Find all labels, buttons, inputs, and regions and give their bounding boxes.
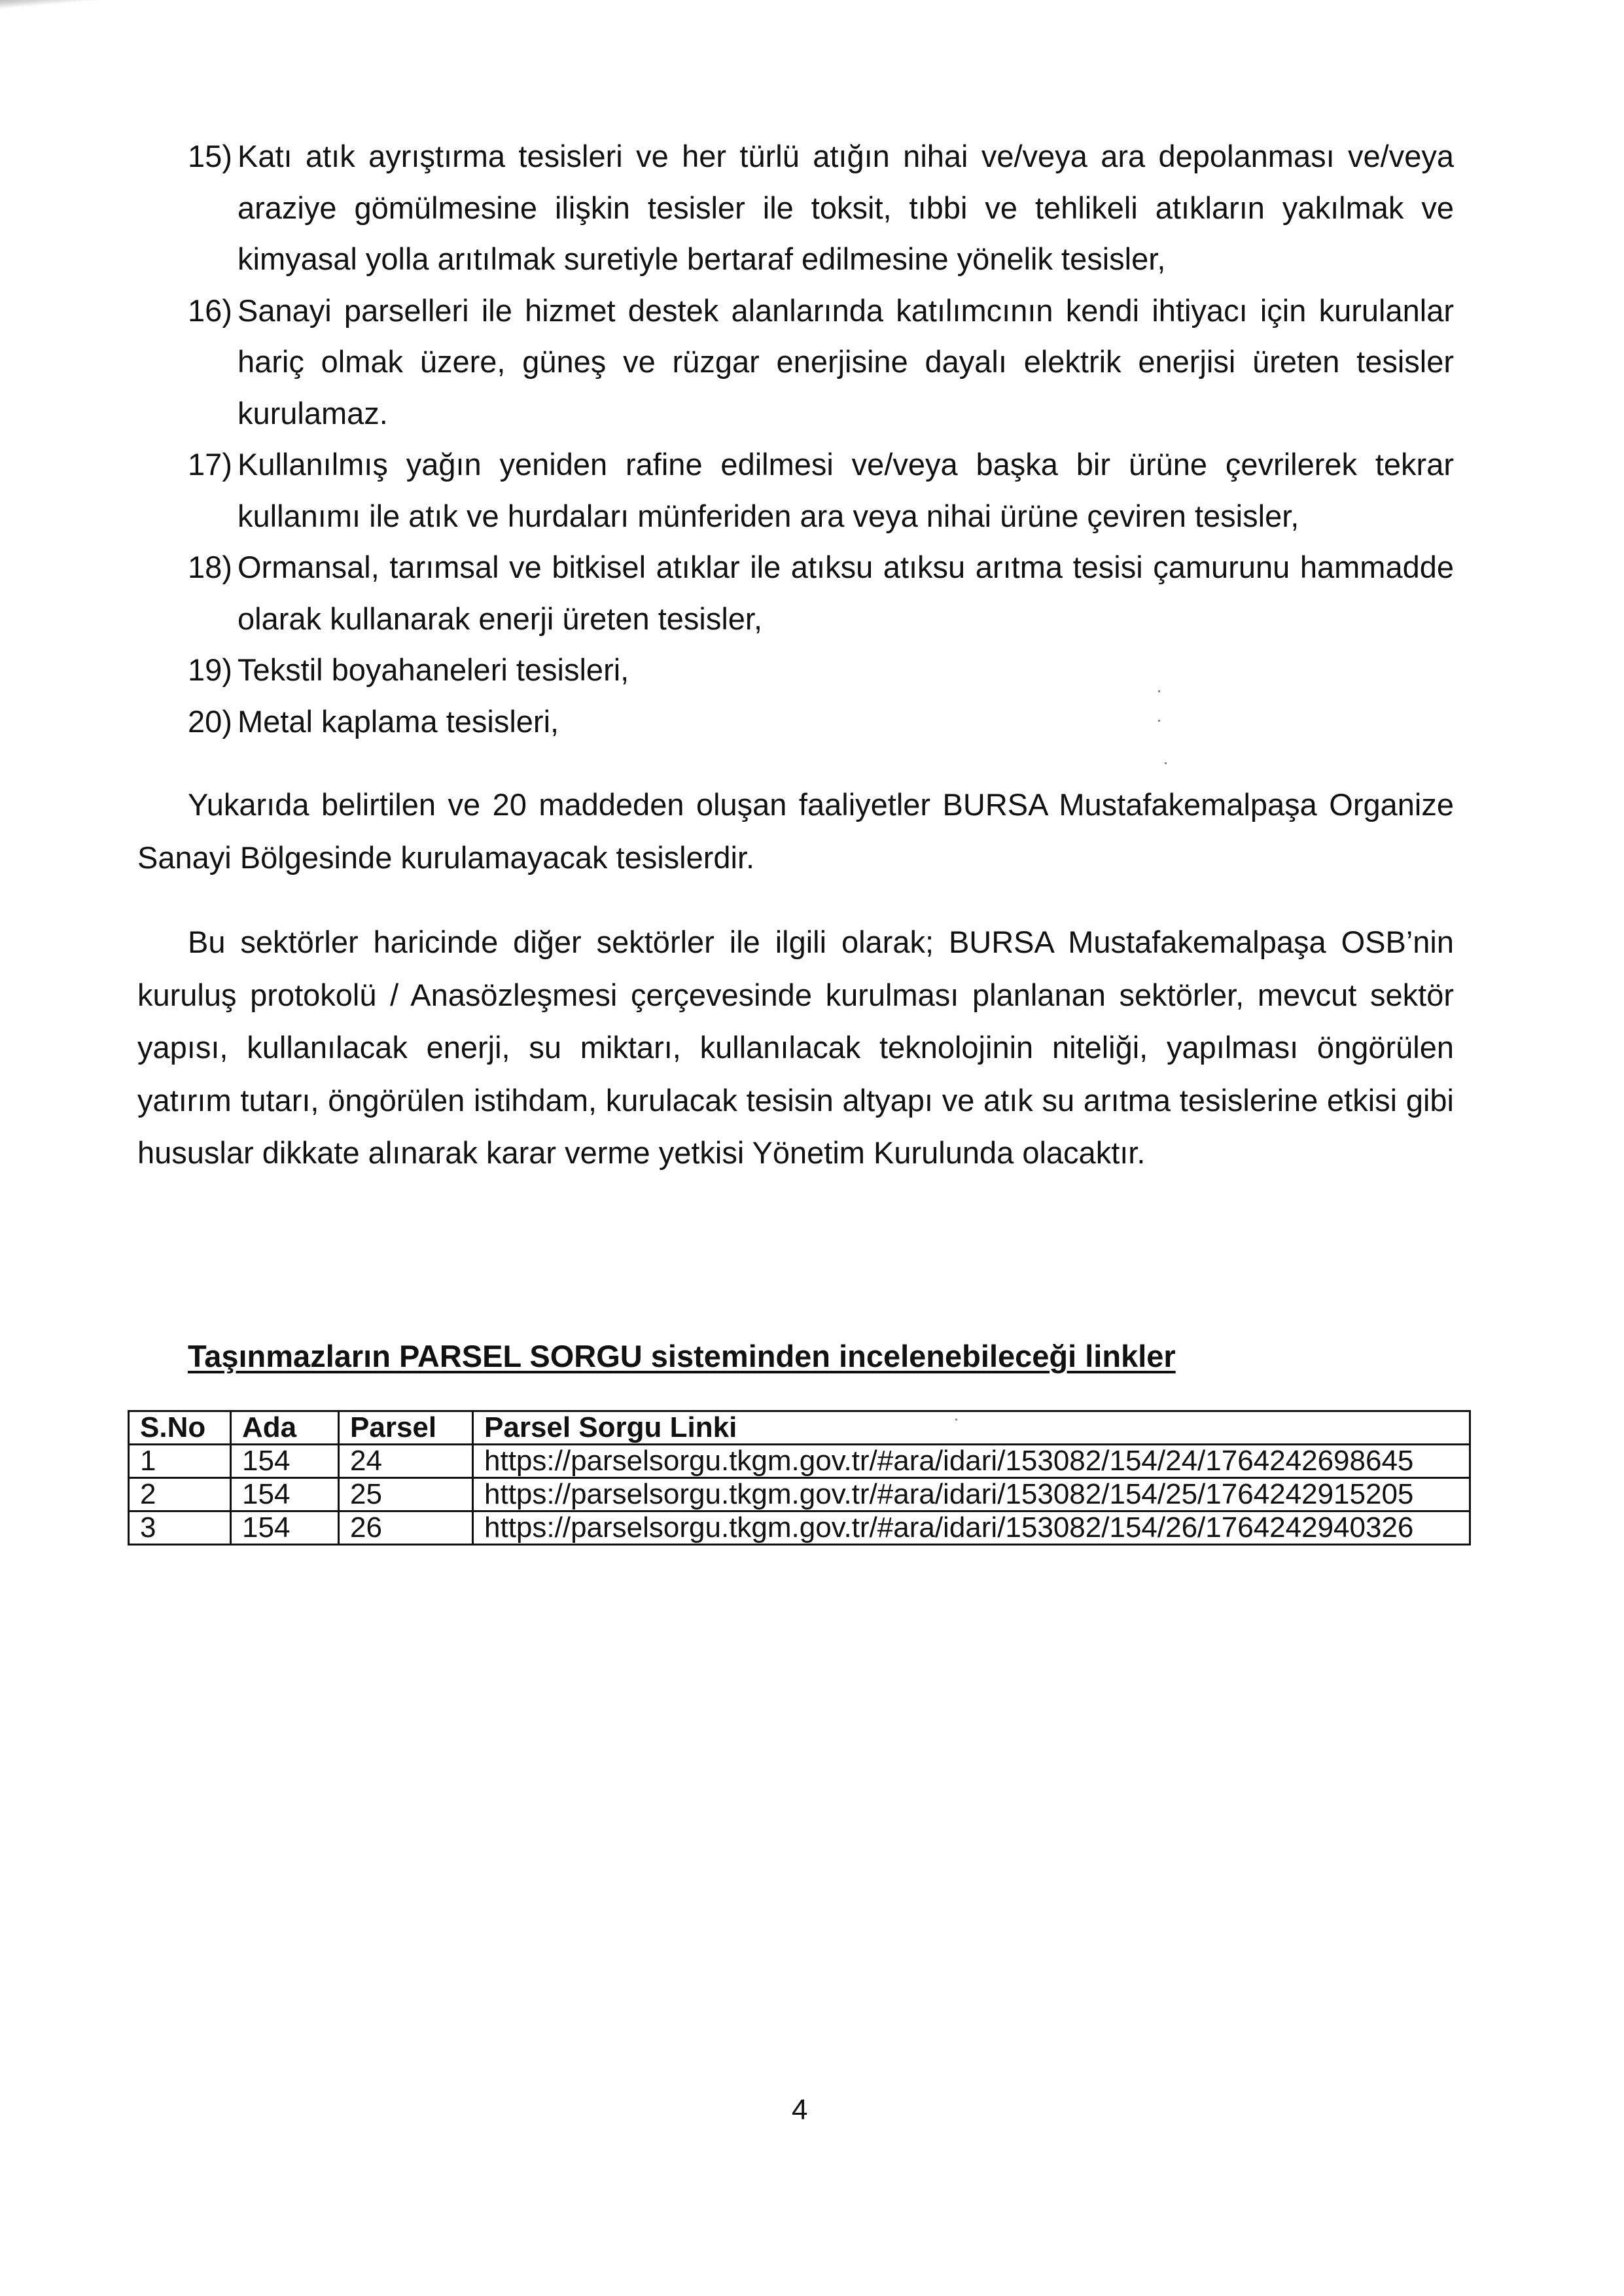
list-item-number: 15) [188, 131, 232, 183]
table-row: 1 154 24 https://parselsorgu.tkgm.gov.tr… [129, 1445, 1470, 1478]
list-item-text: Katı atık ayrıştırma tesisleri ve her tü… [238, 131, 1454, 285]
cell-link[interactable]: https://parselsorgu.tkgm.gov.tr/#ara/ida… [473, 1478, 1470, 1511]
table-row: 3 154 26 https://parselsorgu.tkgm.gov.tr… [129, 1511, 1470, 1545]
cell-sno: 1 [129, 1445, 231, 1478]
cell-link[interactable]: https://parselsorgu.tkgm.gov.tr/#ara/ida… [473, 1511, 1470, 1545]
list-item-number: 20) [188, 696, 232, 748]
column-header-parsel: Parsel [339, 1411, 473, 1445]
page-number: 4 [792, 2094, 807, 2127]
list-item-text: Sanayi parselleri ile hizmet destek alan… [238, 285, 1454, 440]
list-item-number: 18) [188, 542, 232, 593]
cell-ada: 154 [231, 1478, 339, 1511]
list-item-number: 19) [188, 645, 232, 696]
authority-paragraph: Bu sektörler haricinde diğer sektörler i… [137, 916, 1454, 1180]
list-item-number: 17) [188, 439, 232, 491]
list-item: 19) Tekstil boyahaneleri tesisleri, [188, 645, 1454, 696]
column-header-sno: S.No [129, 1411, 231, 1445]
cell-link[interactable]: https://parselsorgu.tkgm.gov.tr/#ara/ida… [473, 1445, 1470, 1478]
parcel-links-table: S.No Ada Parsel Parsel Sorgu Linki 1 154… [128, 1410, 1471, 1545]
list-item: 15) Katı atık ayrıştırma tesisleri ve he… [188, 131, 1454, 285]
cell-parsel: 25 [339, 1478, 473, 1511]
cell-parsel: 24 [339, 1445, 473, 1478]
list-item-text: Metal kaplama tesisleri, [238, 696, 1454, 748]
table-row: 2 154 25 https://parselsorgu.tkgm.gov.tr… [129, 1478, 1470, 1511]
scan-speck [1158, 720, 1160, 722]
table-header-row: S.No Ada Parsel Parsel Sorgu Linki [129, 1411, 1470, 1445]
list-item: 20) Metal kaplama tesisleri, [188, 696, 1454, 748]
list-item: 18) Ormansal, tarımsal ve bitkisel atıkl… [188, 542, 1454, 645]
list-item: 17) Kullanılmış yağın yeniden rafine edi… [188, 439, 1454, 542]
scan-speck [1165, 762, 1167, 764]
list-item-text: Ormansal, tarımsal ve bitkisel atıklar i… [238, 542, 1454, 645]
cell-ada: 154 [231, 1445, 339, 1478]
column-header-ada: Ada [231, 1411, 339, 1445]
cell-ada: 154 [231, 1511, 339, 1545]
cell-sno: 3 [129, 1511, 231, 1545]
list-item-text: Tekstil boyahaneleri tesisleri, [238, 645, 1454, 696]
scan-speck [955, 1419, 957, 1421]
cell-sno: 2 [129, 1478, 231, 1511]
scan-edge-artifact [0, 0, 1624, 17]
prohibited-facilities-list: 15) Katı atık ayrıştırma tesisleri ve he… [188, 131, 1454, 747]
table-heading: Taşınmazların PARSEL SORGU sisteminden i… [188, 1338, 1176, 1374]
column-header-link: Parsel Sorgu Linki [473, 1411, 1470, 1445]
list-item-number: 16) [188, 285, 232, 337]
cell-parsel: 26 [339, 1511, 473, 1545]
list-item: 16) Sanayi parselleri ile hizmet destek … [188, 285, 1454, 440]
list-item-text: Kullanılmış yağın yeniden rafine edilmes… [238, 439, 1454, 542]
scan-speck [1158, 690, 1160, 692]
summary-paragraph: Yukarıda belirtilen ve 20 maddeden oluşa… [137, 779, 1454, 884]
